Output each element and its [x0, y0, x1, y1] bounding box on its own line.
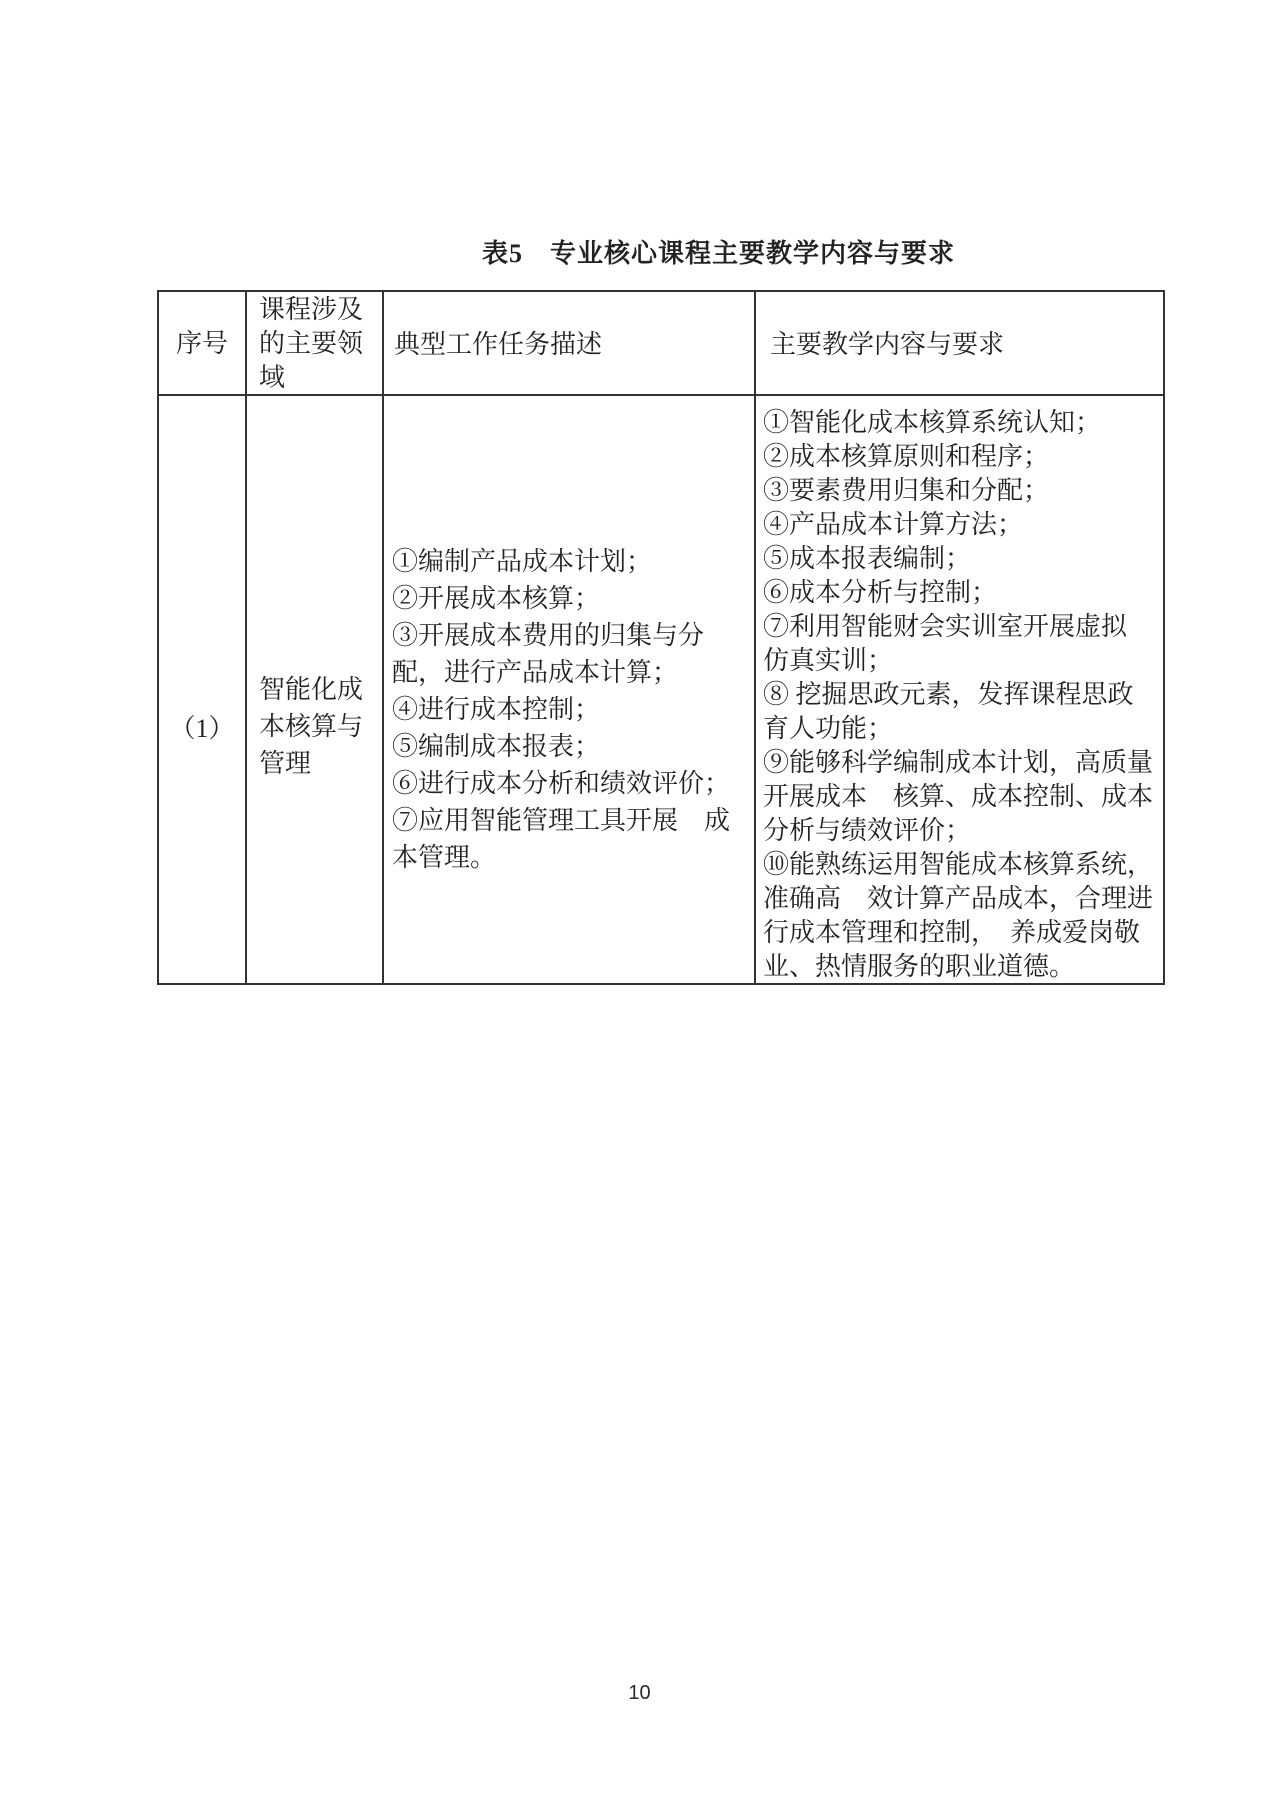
- header-tasks-label: 典型工作任务描述: [384, 328, 754, 362]
- header-tasks: 典型工作任务描述: [383, 291, 755, 395]
- cell-seq-value: （1）: [159, 711, 245, 747]
- header-contents: 主要教学内容与要求: [755, 291, 1164, 395]
- cell-tasks: ①编制产品成本计划； ②开展成本核算； ③开展成本费用的归集与分 配，进行产品成…: [383, 395, 755, 984]
- header-domain-label: 课程涉及 的主要领 域: [247, 293, 382, 395]
- cell-contents: ①智能化成本核算系统认知； ②成本核算原则和程序； ③要素费用归集和分配； ④产…: [755, 395, 1164, 984]
- cell-domain-value: 智能化成 本核算与 管理: [247, 671, 382, 782]
- header-contents-label: 主要教学内容与要求: [756, 328, 1163, 362]
- table-caption: 表5 专业核心课程主要教学内容与要求: [482, 239, 955, 269]
- document-page: 表5 专业核心课程主要教学内容与要求 序号 课程涉及 的主要领 域 典型工作任务…: [0, 0, 1279, 1809]
- cell-contents-value: ①智能化成本核算系统认知； ②成本核算原则和程序； ③要素费用归集和分配； ④产…: [756, 406, 1163, 984]
- header-domain: 课程涉及 的主要领 域: [246, 291, 383, 395]
- cell-domain: 智能化成 本核算与 管理: [246, 395, 383, 984]
- cell-tasks-value: ①编制产品成本计划； ②开展成本核算； ③开展成本费用的归集与分 配，进行产品成…: [384, 543, 754, 876]
- table-row: （1） 智能化成 本核算与 管理 ①编制产品成本计划； ②开展成本核算； ③开展…: [158, 395, 1164, 984]
- header-seq-label: 序号: [159, 327, 245, 361]
- page-number: 10: [0, 1682, 1279, 1705]
- header-seq: 序号: [158, 291, 246, 395]
- cell-seq: （1）: [158, 395, 246, 984]
- table-header-row: 序号 课程涉及 的主要领 域 典型工作任务描述 主要教学内容与要求: [158, 291, 1164, 395]
- core-courses-table: 序号 课程涉及 的主要领 域 典型工作任务描述 主要教学内容与要求 （1）: [157, 290, 1165, 985]
